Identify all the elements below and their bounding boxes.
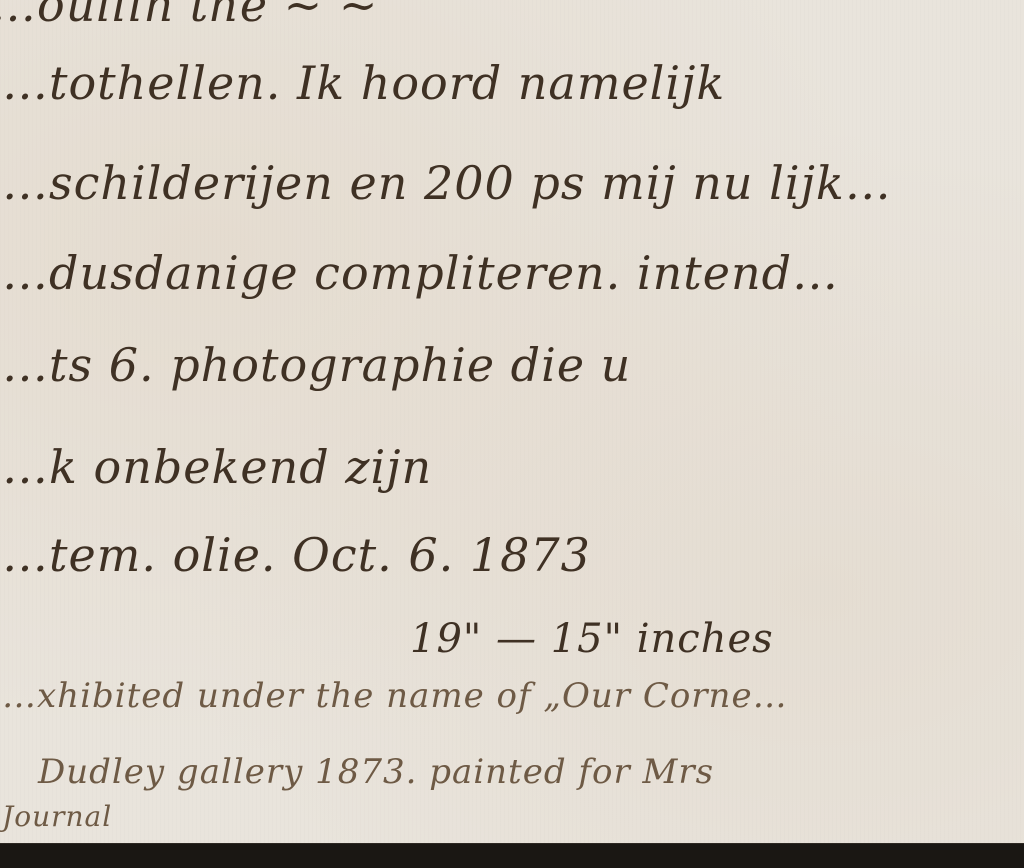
manuscript-line-1: …tothellen. Ik hoord namelijk [2, 56, 725, 110]
exhibition-line: …xhibited under the name of „Our Corne… [2, 676, 788, 716]
journal-annotation: Journal [2, 800, 112, 833]
dark-mount-border [0, 843, 1024, 868]
manuscript-line-3: …dusdanige compliteren. intend… [2, 246, 839, 300]
dimensions-line: 19" — 15" inches [410, 616, 774, 662]
manuscript-line-partial-top: …oullin the ~ ~ [0, 0, 378, 32]
gallery-line: Dudley gallery 1873. painted for Mrs [38, 752, 714, 792]
manuscript-line-6: …tem. olie. Oct. 6. 1873 [2, 528, 591, 582]
manuscript-line-5: …k onbekend zijn [2, 440, 432, 494]
manuscript-line-4: …ts 6. photographie die u [2, 338, 631, 392]
manuscript-page: …oullin the ~ ~ …tothellen. Ik hoord nam… [0, 0, 1024, 843]
manuscript-line-2: …schilderijen en 200 ps mij nu lijk… [2, 156, 892, 210]
